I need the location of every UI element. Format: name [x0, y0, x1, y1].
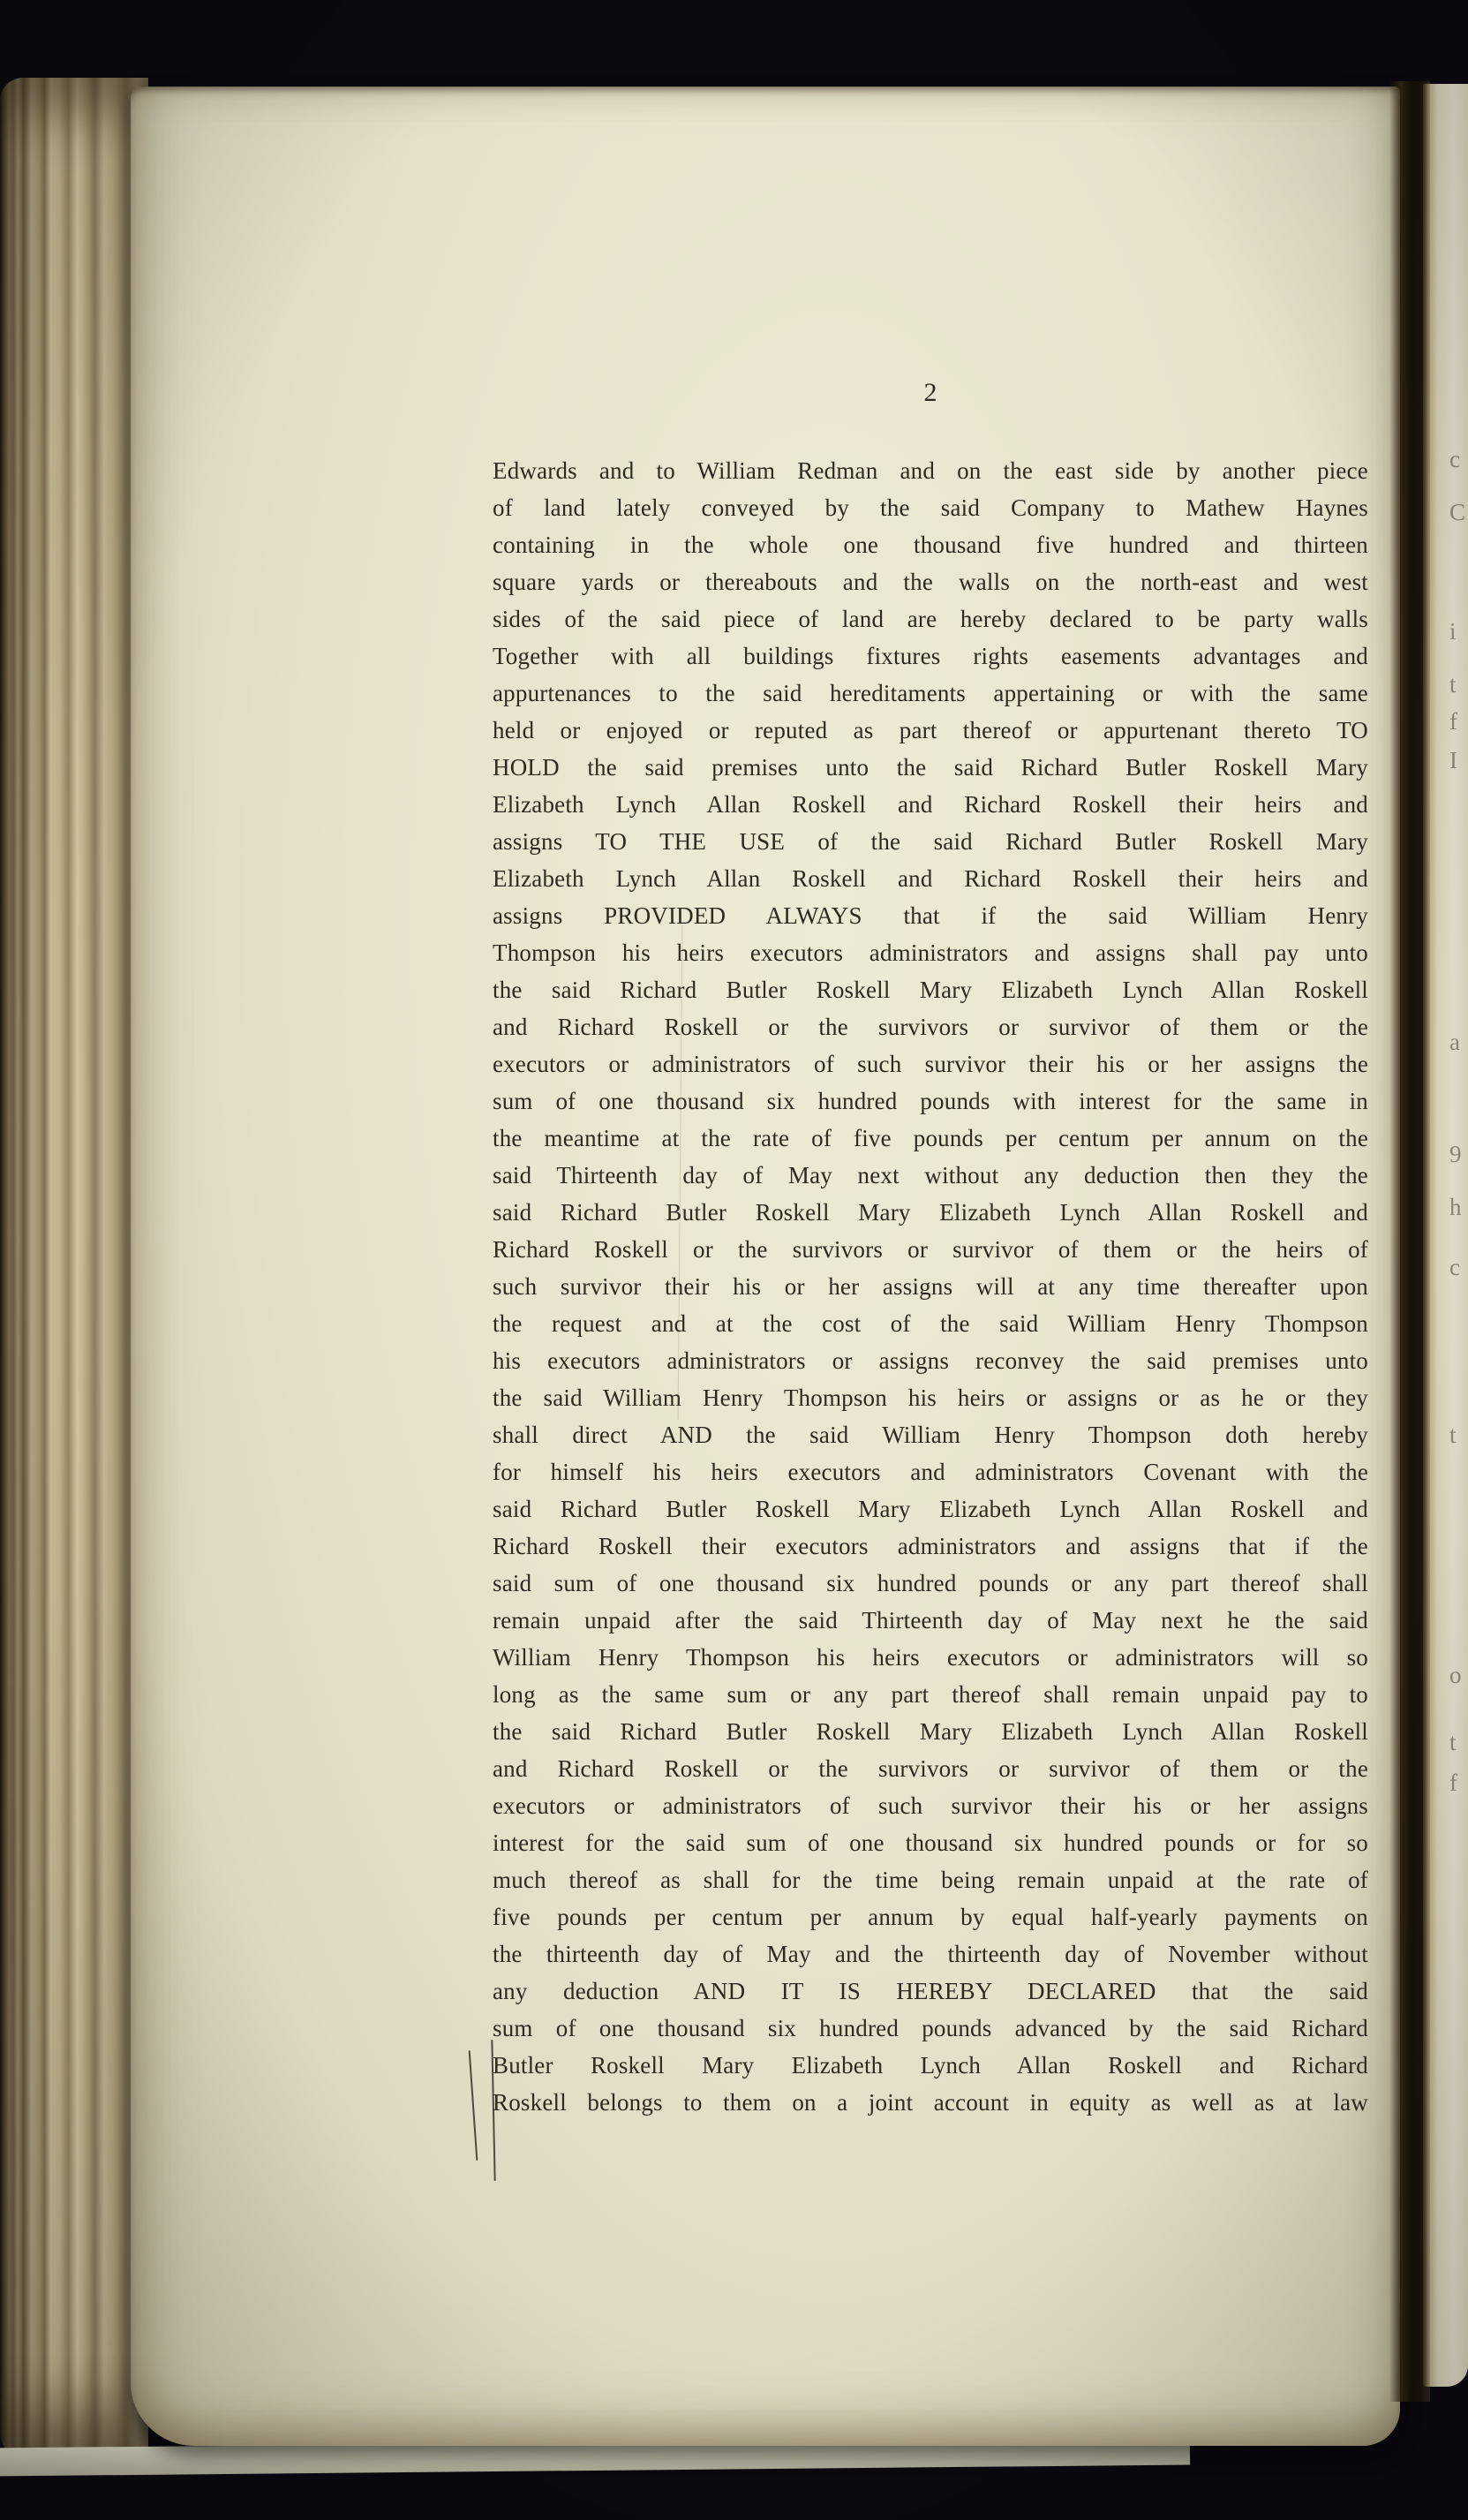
text-line: remain unpaid after the said Thirteenth … — [493, 1602, 1368, 1639]
text-line: sides of the said piece of land are here… — [493, 600, 1368, 638]
text-line: said sum of one thousand six hundred pou… — [493, 1565, 1368, 1602]
facing-page-text-fragment: t — [1449, 1422, 1468, 1449]
page-stack-edges — [0, 78, 148, 2462]
text-line: Together with all buildings fixtures rig… — [493, 638, 1368, 675]
facing-page-text-fragment: f — [1449, 1769, 1468, 1797]
text-line: Thompson his heirs executors administrat… — [493, 934, 1368, 971]
facing-page-text-fragment: c — [1449, 1254, 1468, 1281]
text-line: executors or administrators of such surv… — [493, 1045, 1368, 1083]
text-line: HOLD the said premises unto the said Ric… — [493, 749, 1368, 786]
text-line: Elizabeth Lynch Allan Roskell and Richar… — [493, 786, 1368, 823]
text-line: appurtenances to the said hereditaments … — [493, 675, 1368, 712]
deed-text-block: Edwards and to William Redman and on the… — [493, 452, 1368, 2121]
text-line: the meantime at the rate of five pounds … — [493, 1120, 1368, 1157]
text-line: the said Richard Butler Roskell Mary Eli… — [493, 1713, 1368, 1750]
text-line: long as the same sum or any part thereof… — [493, 1676, 1368, 1713]
text-line: the thirteenth day of May and the thirte… — [493, 1935, 1368, 1973]
text-line: much thereof as shall for the time being… — [493, 1861, 1368, 1898]
book-gutter — [1389, 81, 1430, 2402]
text-line: the request and at the cost of the said … — [493, 1305, 1368, 1342]
text-line: five pounds per centum per annum by equa… — [493, 1898, 1368, 1935]
facing-page-text-fragment: t — [1449, 1729, 1468, 1756]
margin-pen-stroke — [469, 2050, 478, 2161]
text-line: assigns PROVIDED ALWAYS that if the said… — [493, 897, 1368, 934]
facing-page-text-fragment: I — [1449, 747, 1468, 774]
text-line: sum of one thousand six hundred pounds w… — [493, 1083, 1368, 1120]
text-line: of land lately conveyed by the said Comp… — [493, 489, 1368, 526]
text-line: held or enjoyed or reputed as part there… — [493, 712, 1368, 749]
facing-page-text-fragment: a — [1449, 1029, 1468, 1056]
text-line: assigns TO THE USE of the said Richard B… — [493, 823, 1368, 860]
text-line: and Richard Roskell or the survivors or … — [493, 1750, 1368, 1787]
text-line: the said Richard Butler Roskell Mary Eli… — [493, 971, 1368, 1008]
facing-page-text-fragment: i — [1449, 618, 1468, 645]
text-line: containing in the whole one thousand fiv… — [493, 526, 1368, 563]
text-line: sum of one thousand six hundred pounds a… — [493, 2010, 1368, 2047]
text-line: said Thirteenth day of May next without … — [493, 1157, 1368, 1194]
text-line: the said William Henry Thompson his heir… — [493, 1379, 1368, 1416]
facing-page-text-fragment: 9 — [1449, 1141, 1468, 1168]
text-line: Elizabeth Lynch Allan Roskell and Richar… — [493, 860, 1368, 897]
text-line: executors or administrators of such surv… — [493, 1787, 1368, 1824]
facing-page-text-fragment: t — [1449, 671, 1468, 698]
text-line: Roskell belongs to them on a joint accou… — [493, 2084, 1368, 2121]
text-line: interest for the said sum of one thousan… — [493, 1824, 1368, 1861]
facing-page-text-fragment: c — [1449, 446, 1468, 473]
text-line: William Henry Thompson his heirs executo… — [493, 1639, 1368, 1676]
page-number: 2 — [493, 378, 1368, 408]
text-line: for himself his heirs executors and admi… — [493, 1453, 1368, 1490]
facing-page-text-fragment: f — [1449, 708, 1468, 736]
text-line: said Richard Butler Roskell Mary Elizabe… — [493, 1194, 1368, 1231]
text-line: shall direct AND the said William Henry … — [493, 1416, 1368, 1453]
text-line: Edwards and to William Redman and on the… — [493, 452, 1368, 489]
text-line: and Richard Roskell or the survivors or … — [493, 1008, 1368, 1045]
text-line: Richard Roskell their executors administ… — [493, 1528, 1368, 1565]
text-line: his executors administrators or assigns … — [493, 1342, 1368, 1379]
text-line: Butler Roskell Mary Elizabeth Lynch Alla… — [493, 2047, 1368, 2084]
text-line: any deduction AND IT IS HEREBY DECLARED … — [493, 1973, 1368, 2010]
text-line: Richard Roskell or the survivors or surv… — [493, 1231, 1368, 1268]
text-line: said Richard Butler Roskell Mary Elizabe… — [493, 1490, 1368, 1528]
text-line: square yards or thereabouts and the wall… — [493, 563, 1368, 600]
facing-page-text-fragment: h — [1449, 1194, 1468, 1221]
facing-page-text-fragment: o — [1449, 1662, 1468, 1689]
facing-page-text-fragment: C — [1449, 499, 1468, 526]
book-photo: 2 Edwards and to William Redman and on t… — [0, 0, 1468, 2520]
book-page: 2 Edwards and to William Redman and on t… — [131, 87, 1400, 2446]
text-line: such survivor their his or her assigns w… — [493, 1268, 1368, 1305]
